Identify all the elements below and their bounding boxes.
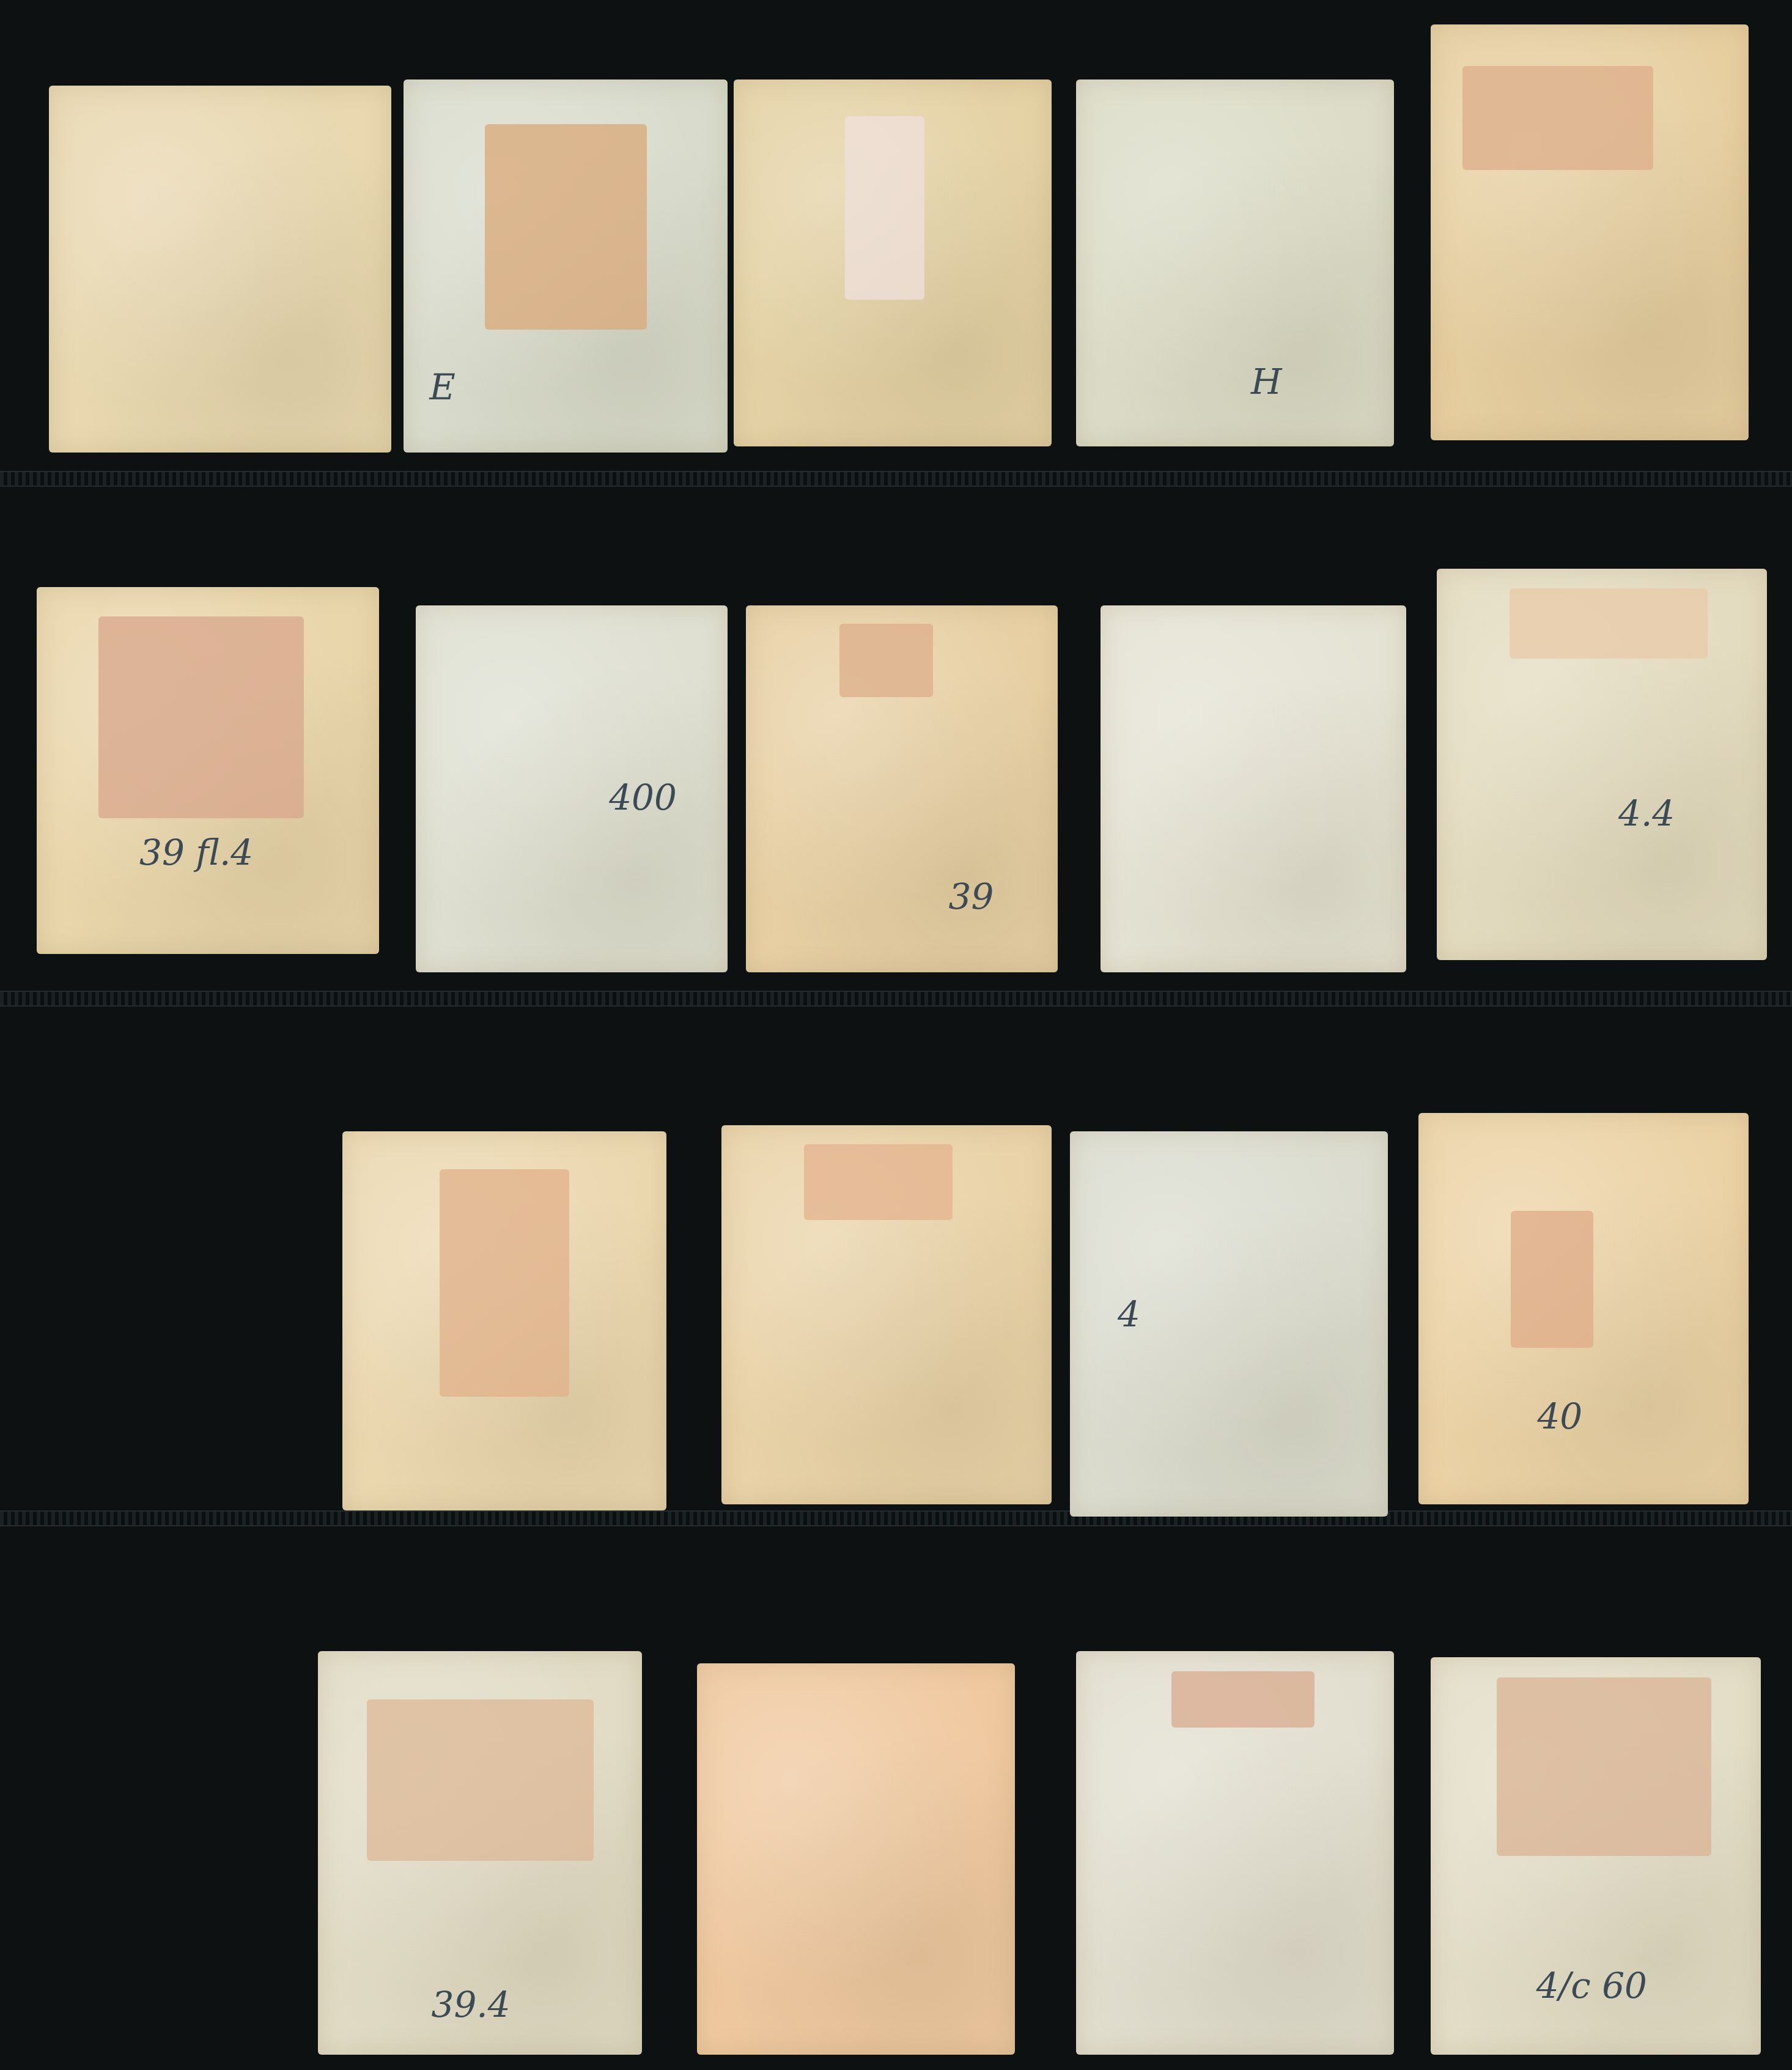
hinge-remnant (845, 116, 924, 300)
stamp-back: 4.4 (1437, 569, 1767, 960)
pencil-annotation: 4.4 (1618, 793, 1675, 834)
stamp-back (721, 1125, 1052, 1504)
pencil-annotation: 40 (1537, 1395, 1582, 1437)
hinge-remnant (1511, 1211, 1593, 1348)
pencil-annotation: H (1251, 361, 1282, 402)
strip-divider (0, 991, 1792, 1007)
stamp-back: 400 (416, 605, 728, 972)
stamp-back (1101, 605, 1406, 972)
pencil-annotation: 39 fl.4 (139, 832, 253, 873)
hinge-remnant (1171, 1671, 1315, 1728)
hinge-remnant (98, 616, 304, 818)
stamp-back: H (1076, 79, 1394, 446)
stock-page: EH39 fl.4400394.444039.44/c 60 (0, 0, 1792, 2070)
pencil-annotation: 39 (949, 876, 994, 917)
stamp-back: 39.4 (318, 1651, 642, 2055)
strip-divider (0, 1510, 1792, 1526)
pencil-annotation: 4 (1118, 1293, 1140, 1335)
pencil-annotation: 39.4 (432, 1984, 511, 2025)
hinge-remnant (1462, 66, 1653, 170)
paper-texture (697, 1663, 1015, 2055)
paper-texture (1076, 79, 1394, 446)
stamp-back (1431, 24, 1749, 440)
stamp-back: 4 (1070, 1131, 1388, 1517)
pencil-annotation: 4/c 60 (1536, 1965, 1647, 2006)
pencil-annotation: 400 (609, 777, 677, 818)
pencil-annotation: E (429, 366, 455, 408)
stamp-back: 4/c 60 (1431, 1657, 1761, 2055)
hinge-remnant (440, 1169, 569, 1397)
hinge-remnant (839, 624, 933, 697)
paper-texture (49, 86, 391, 453)
stamp-back (1076, 1651, 1394, 2055)
hinge-remnant (485, 124, 647, 330)
hinge-remnant (1510, 588, 1708, 659)
stamp-back: E (404, 79, 728, 453)
strip-divider (0, 471, 1792, 487)
paper-texture (1101, 605, 1406, 972)
stamp-back (734, 79, 1052, 446)
stamp-back: 40 (1418, 1113, 1749, 1504)
stamp-back (342, 1131, 666, 1510)
stamp-back (49, 86, 391, 453)
paper-texture (416, 605, 728, 972)
stamp-back: 39 fl.4 (37, 587, 379, 954)
stamp-back (697, 1663, 1015, 2055)
hinge-remnant (804, 1144, 953, 1220)
hinge-remnant (1497, 1677, 1711, 1857)
stamp-back: 39 (746, 605, 1058, 972)
hinge-remnant (367, 1699, 594, 1861)
